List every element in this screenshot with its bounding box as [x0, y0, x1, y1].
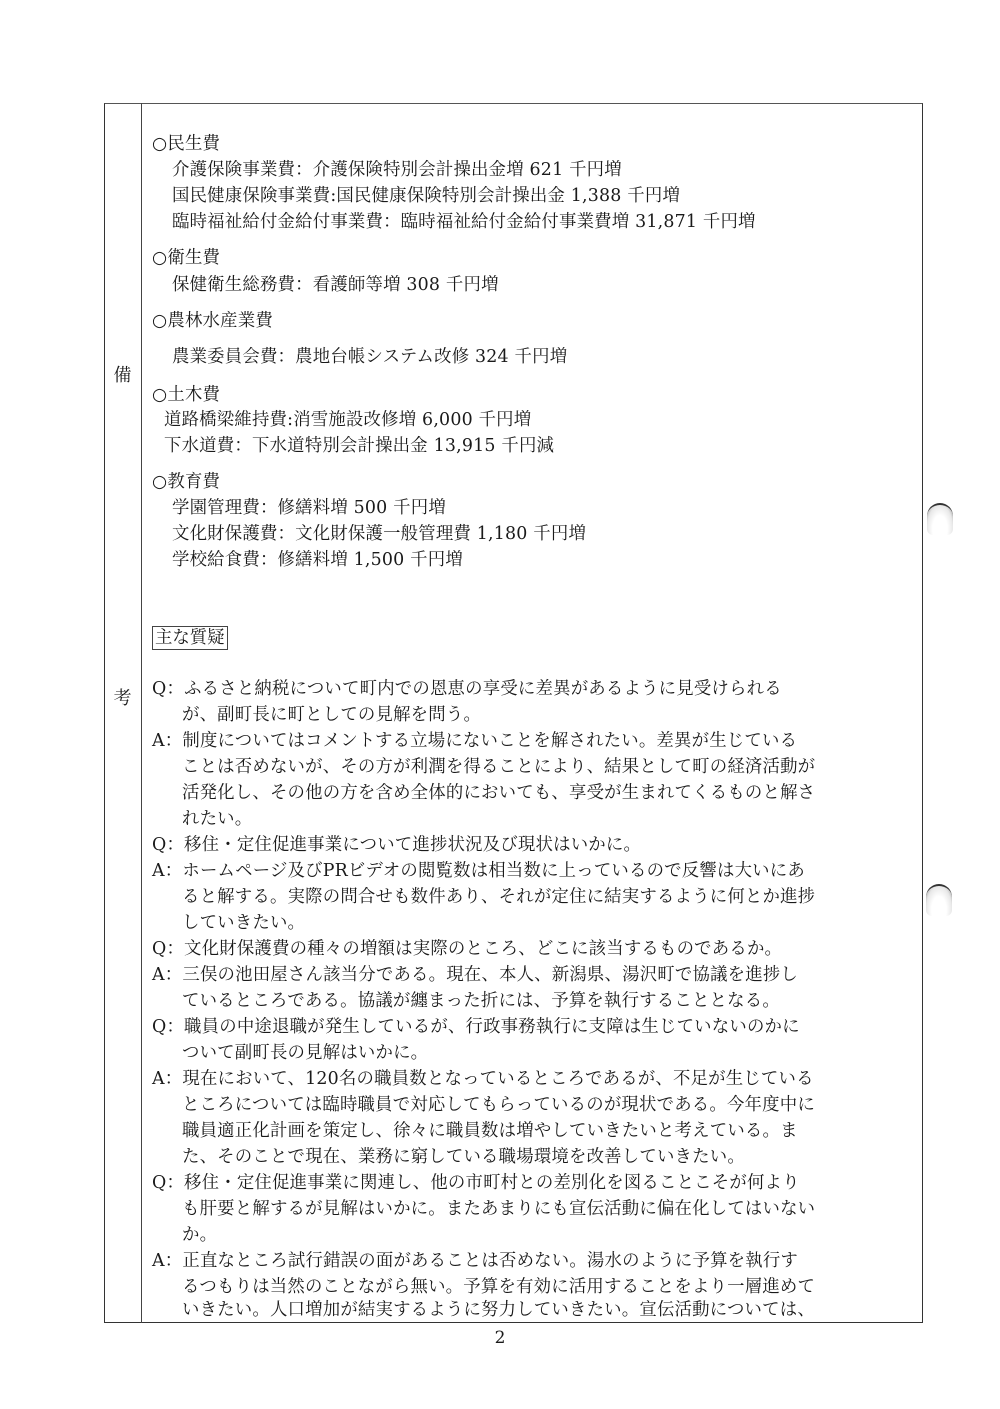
punch-hole-mark — [926, 884, 952, 916]
qa-answer-cont: していきたい。 — [182, 911, 305, 935]
qa-question: Q：移住・定住促進事業について進捗状況及び現状はいかに。 — [152, 833, 641, 857]
qa-question: Q：移住・定住促進事業に関連し、他の市町村との差別化を図ることこそが何より — [152, 1171, 800, 1195]
budget-item: 道路橋梁維持費:消雪施設改修増 6,000 千円増 — [164, 408, 531, 432]
qa-answer: A：ホームページ及びPRビデオの閲覧数は相当数に上っているので反響は大いにあ — [152, 859, 805, 883]
qa-answer: A：現在において、120名の職員数となっているところであるが、不足が生じている — [152, 1067, 814, 1091]
qa-question: Q：ふるさと納税について町内での恩恵の享受に差異があるように見受けられる — [152, 677, 782, 701]
qa-question-cont: も肝要と解するが見解はいかに。またあまりにも宣伝活動に偏在化してはいない — [182, 1197, 815, 1221]
qa-question-cont: か。 — [182, 1223, 217, 1247]
qa-question-cont: ついて副町長の見解はいかに。 — [182, 1041, 428, 1065]
budget-item: 臨時福祉給付金給付事業費：臨時福祉給付金給付事業費増 31,871 千円増 — [172, 210, 756, 234]
qa-answer-cont: ているところである。協議が纏まった折には、予算を執行することとなる。 — [182, 989, 780, 1013]
page-number: 2 — [0, 1328, 1000, 1348]
qa-answer-cont: た、そのことで現在、業務に窮している職場環境を改善していきたい。 — [182, 1145, 745, 1169]
qa-question: Q：職員の中途退職が発生しているが、行政事務執行に支障は生じていないのかに — [152, 1015, 800, 1039]
budget-item: 文化財保護費：文化財保護一般管理費 1,180 千円増 — [172, 522, 586, 546]
budget-item: 学園管理費：修繕料増 500 千円増 — [172, 496, 446, 520]
qa-answer-cont: いきたい。人口増加が結実するように努力していきたい。宣伝活動については、 — [182, 1298, 815, 1322]
section-heading-dobokuhi: ○土木費 — [152, 383, 220, 407]
budget-item: 保健衛生総務費：看護師等増 308 千円増 — [172, 273, 499, 297]
qa-answer-cont: るつもりは当然のことながら無い。予算を有効に活用することをより一層進めて — [182, 1275, 815, 1299]
section-heading-kyoikuhi: ○教育費 — [152, 470, 220, 494]
qa-answer-cont: ところについては臨時職員で対応してもらっているのが現状である。今年度中に — [182, 1093, 815, 1117]
qa-question: Q：文化財保護費の種々の増額は実際のところ、どこに該当するものであるか。 — [152, 937, 782, 961]
budget-item: 下水道費：下水道特別会計操出金 13,915 千円減 — [164, 434, 554, 458]
qa-answer: A：三俣の池田屋さん該当分である。現在、本人、新潟県、湯沢町で協議を進捗し — [152, 963, 798, 987]
side-label-kou: 考 — [104, 689, 141, 709]
qa-answer-cont: れたい。 — [182, 807, 252, 831]
qa-answer-cont: ると解する。実際の問合せも数件あり、それが定住に結実するように何とか進捗 — [182, 885, 815, 909]
qa-answer-cont: 職員適正化計画を策定し、徐々に職員数は増やしていきたいと考えている。ま — [182, 1119, 798, 1143]
budget-item: 国民健康保険事業費:国民健康保険特別会計操出金 1,388 千円増 — [172, 184, 680, 208]
qa-answer-cont: ことは否めないが、その方が利潤を得ることにより、結果として町の経済活動が — [182, 755, 815, 779]
budget-item: 学校給食費：修繕料増 1,500 千円増 — [172, 548, 463, 572]
qa-section-title: 主な質疑 — [152, 626, 228, 650]
section-heading-eiseihi: ○衛生費 — [152, 246, 220, 270]
qa-answer: A：正直なところ試行錯誤の面があることは否めない。湯水のように予算を執行す — [152, 1249, 798, 1273]
section-heading-norin: ○農林水産業費 — [152, 309, 273, 333]
budget-item: 介護保険事業費：介護保険特別会計操出金増 621 千円増 — [172, 158, 622, 182]
section-heading-minseihi: ○民生費 — [152, 132, 220, 156]
qa-answer: A：制度についてはコメントする立場にないことを解されたい。差異が生じている — [152, 729, 797, 753]
budget-item: 農業委員会費：農地台帳システム改修 324 千円増 — [172, 345, 567, 369]
side-label-bi: 備 — [104, 366, 141, 386]
label-column-divider — [141, 103, 142, 1323]
qa-question-cont: が、副町長に町としての見解を問う。 — [182, 703, 481, 727]
qa-answer-cont: 活発化し、その他の方を含め全体的においても、享受が生まれてくるものと解さ — [182, 781, 815, 805]
punch-hole-mark — [927, 503, 953, 535]
